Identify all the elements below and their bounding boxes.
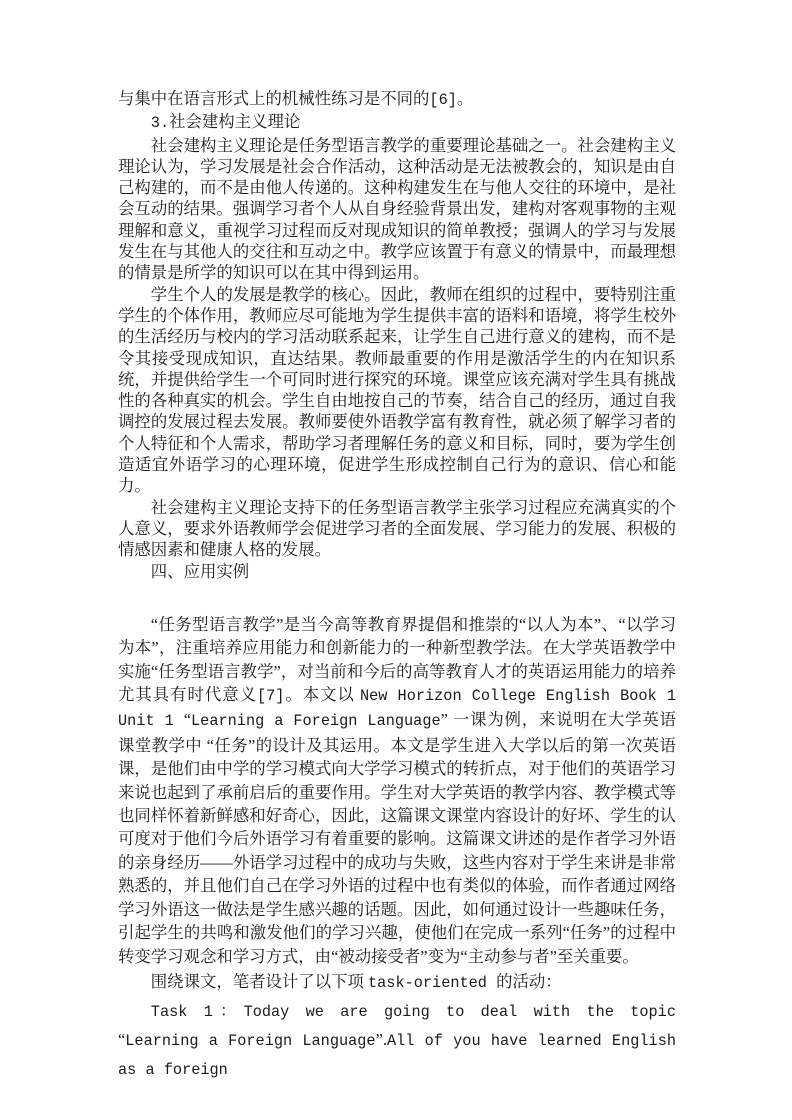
heading-social-constructivism-theory: 3.社会建构主义理论 [118,111,676,134]
document-page: 与集中在语言形式上的机械性练习是不同的[6]。 3.社会建构主义理论 社会建构主… [0,0,792,1120]
paragraph-social-constructivism-overview: 社会建构主义理论是任务型语言教学的重要理论基础之一。社会建构主义理论认为，学习发… [118,135,676,284]
paragraph-student-development-core: 学生个人的发展是教学的核心。因此，教师在组织的过程中，要特别注重学生的个体作用，… [118,284,676,497]
paragraph-theory-support-summary: 社会建构主义理论支持下的任务型语言教学主张学习过程应充满真实的个人意义，要求外语… [118,497,676,561]
paragraph-application-overview: “任务型语言教学”是当今高等教育界提倡和推崇的“以人为本”、“以学习为本”，注重… [118,613,676,968]
heading-application-example: 四、应用实例 [118,561,676,582]
paragraph-task-1: Task 1：Today we are going to deal with t… [118,997,676,1084]
paragraph-task-oriented-intro: 围绕课文，笔者设计了以下项 task-oriented 的活动： [118,968,676,997]
paragraph-continuation: 与集中在语言形式上的机械性练习是不同的[6]。 [118,88,676,111]
